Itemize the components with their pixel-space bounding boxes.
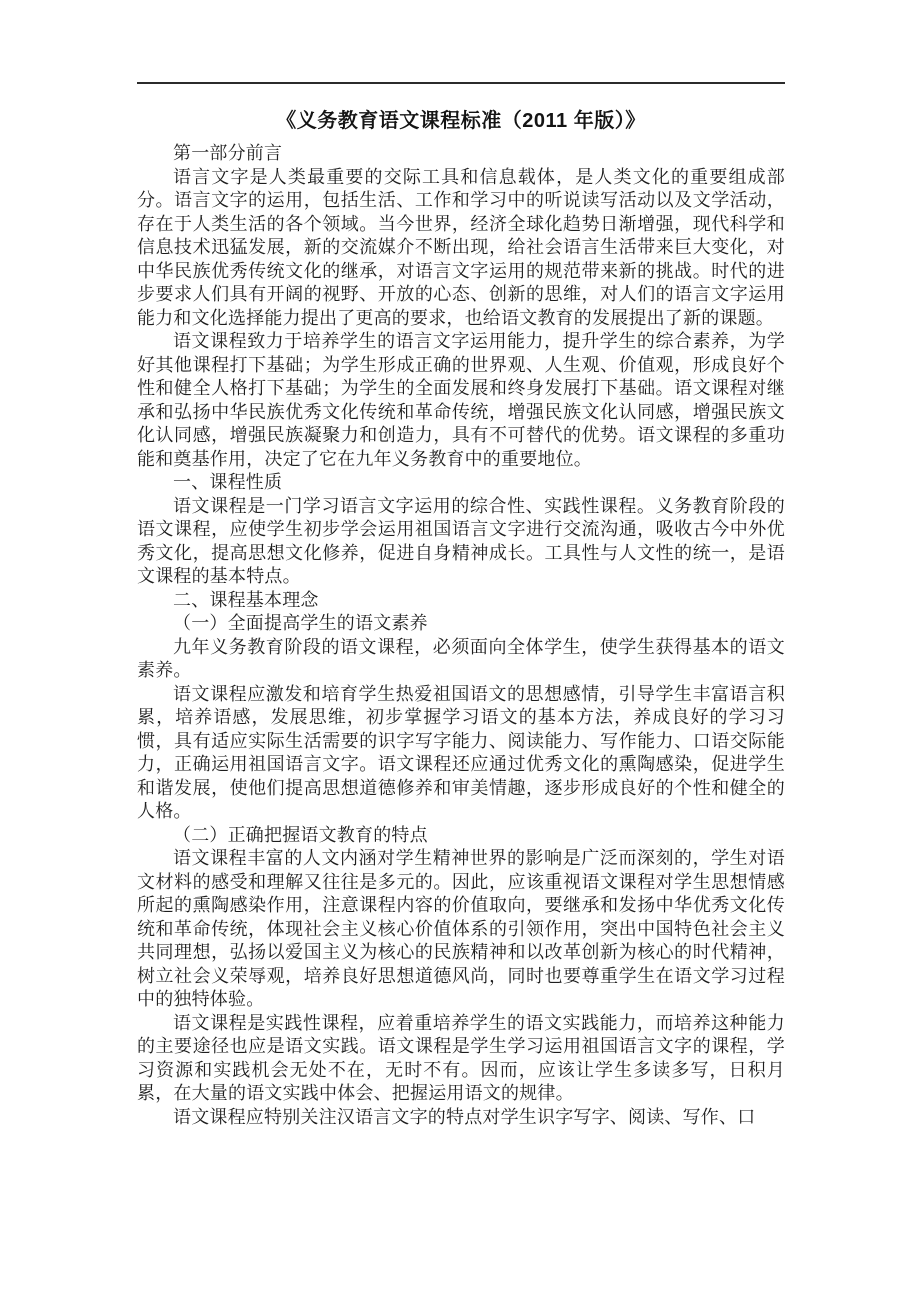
paragraph-5: 语文课程是一门学习语言文字运用的综合性、实践性课程。义务教育阶段的语文课程，应使… [137, 495, 785, 589]
document-body: 第一部分前言语言文字是人类最重要的交际工具和信息载体，是人类文化的重要组成部分。… [137, 142, 785, 1129]
paragraph-6: 二、课程基本理念 [137, 589, 785, 613]
paragraph-1: 第一部分前言 [137, 142, 785, 166]
document-page: 《义务教育语文课程标准（2011 年版）》 第一部分前言语言文字是人类最重要的交… [0, 0, 920, 1302]
paragraph-7: （一）全面提高学生的语文素养 [137, 612, 785, 636]
document-title: 《义务教育语文课程标准（2011 年版）》 [137, 106, 785, 136]
paragraph-10: （二）正确把握语文教育的特点 [137, 824, 785, 848]
document-content: 《义务教育语文课程标准（2011 年版）》 第一部分前言语言文字是人类最重要的交… [137, 106, 785, 1129]
paragraph-12: 语文课程是实践性课程，应着重培养学生的语文实践能力，而培养这种能力的主要途径也应… [137, 1012, 785, 1106]
paragraph-3: 语文课程致力于培养学生的语言文字运用能力，提升学生的综合素养，为学好其他课程打下… [137, 330, 785, 471]
paragraph-9: 语文课程应激发和培育学生热爱祖国语文的思想感情，引导学生丰富语言积累，培养语感，… [137, 683, 785, 824]
paragraph-4: 一、课程性质 [137, 471, 785, 495]
paragraph-2: 语言文字是人类最重要的交际工具和信息载体，是人类文化的重要组成部分。语言文字的运… [137, 166, 785, 331]
paragraph-11: 语文课程丰富的人文内涵对学生精神世界的影响是广泛而深刻的，学生对语文材料的感受和… [137, 847, 785, 1012]
paragraph-8: 九年义务教育阶段的语文课程，必须面向全体学生，使学生获得基本的语文素养。 [137, 636, 785, 683]
paragraph-13: 语文课程应特别关注汉语言文字的特点对学生识字写字、阅读、写作、口 [137, 1106, 785, 1130]
header-divider [137, 82, 785, 84]
